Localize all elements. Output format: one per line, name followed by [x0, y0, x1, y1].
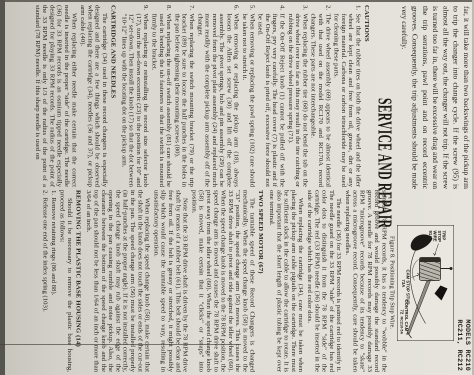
cartridge-paragraph-2: When replacing either needle make certai…	[34, 5, 78, 187]
cautions-item: 1. See that the rubber tires on both the…	[333, 5, 362, 187]
cautions-item: 2. The drive wheel assembly (69) appears…	[310, 5, 332, 187]
cartridge-cable-paragraph: When replacing the cartridge (34), care …	[268, 190, 304, 372]
figure-8-box: TRIP STOP WIRE 91A CAM STOP STUD 73A CON…	[397, 225, 454, 341]
two-speed-motor-heading: TWO SPEED MOTOR (67)	[258, 190, 266, 372]
cartridge-needles-heading: CARTRIDGE AND NEEDLES	[110, 5, 118, 187]
cautions-heading: CAUTIONS	[364, 5, 372, 187]
models-label: MODELS RC210 RC211, RC212	[455, 319, 471, 371]
cautions-item: 3. When replacing the rubber tire (68) d…	[287, 5, 309, 187]
svg-text:WIRE: WIRE	[433, 231, 438, 242]
drum-end-cap	[420, 258, 441, 263]
item-number: 5.	[241, 5, 256, 14]
svg-text:72: 72	[400, 310, 405, 315]
item-text: When replacing the switch mounting brack…	[174, 14, 196, 188]
step-text: Remove retaining rings (86 and 88).	[50, 198, 57, 373]
item-number: 3.	[287, 5, 309, 14]
item-text: See that the rubber tires on both the dr…	[333, 14, 362, 188]
item-text: If the On-Off Reject knob (1) cannot be …	[257, 14, 286, 188]
item-text: When removing or replacing the pawl spri…	[241, 14, 256, 188]
item-number: 1.	[333, 5, 362, 14]
models-line-2: RC211, RC212	[455, 319, 463, 371]
pivot-pin-ball	[450, 267, 453, 270]
item-number: 7.	[174, 5, 196, 14]
cartridge-paragraph-1: The cartridge (34) used in these record …	[79, 5, 108, 187]
cautions-item: 5. When removing or replacing the pawl s…	[241, 5, 256, 187]
item-text: When replacing the rubber tire (68) do n…	[287, 14, 309, 188]
lever-flag	[435, 286, 448, 301]
control-cam-label: CONTROL CAM	[404, 300, 409, 332]
cautions-item: 4. If the On-Off Reject knob (1) cannot …	[257, 5, 286, 187]
item-text: When replacing or reinstalling the recor…	[121, 14, 150, 188]
cautions-item: 6. When removing or replacing the pickup…	[196, 5, 240, 187]
item-number: 2.	[310, 5, 332, 14]
scanned-manual-page: far, it will take more than two backswin…	[0, 0, 474, 375]
trip-stop-wire-illustration: TRIP STOP WIRE 91A CAM STOP STUD 73A CON…	[399, 226, 454, 340]
step-number: 2.	[42, 190, 49, 198]
item-number: 6.	[196, 5, 240, 14]
cautions-item: 9. When replacing or reinstalling the re…	[121, 5, 150, 187]
needle-continuation-paragraph: standard 78 RPM records, it has a tenden…	[344, 190, 388, 372]
wire-loop	[412, 260, 418, 281]
item-text: When replacing the on-off switch assembl…	[151, 14, 173, 188]
scan-edge-top	[0, 0, 474, 2]
left-column: CAUTIONS 1. See that the rubber tires on…	[33, 5, 371, 187]
svg-text:73A: 73A	[401, 280, 406, 288]
models-line-1: MODELS RC210	[463, 319, 471, 371]
item-number: 4.	[257, 5, 286, 14]
item-text: When removing or replacing the pickup ar…	[196, 14, 240, 188]
item-text: The drive wheel assembly (69) appears to…	[310, 14, 332, 188]
cautions-item: 7. When replacing the switch mounting br…	[174, 5, 196, 187]
figure-caption: Figure 8. Positioning Trip Stop Wire.	[389, 216, 397, 349]
document-page: far, it will take more than two backswin…	[0, 0, 474, 375]
svg-text:STOP: STOP	[437, 231, 442, 243]
step-text: Release one end of the index spring (103…	[42, 198, 49, 373]
scan-crease-line	[0, 344, 241, 345]
svg-text:91A: 91A	[428, 231, 433, 239]
trip-label-arrow	[434, 244, 439, 256]
step-number: 1.	[50, 190, 57, 198]
intro-continuation-paragraph: far, it will take more than two backswin…	[399, 6, 471, 189]
scan-edge-left	[0, 0, 5, 375]
cautions-item: 8. When replacing the on-off switch asse…	[151, 5, 173, 187]
figure-id-label: RC210-5A	[400, 317, 404, 335]
needle-color-paragraph: The needle (36) for 33 RPM records is pa…	[306, 190, 342, 372]
trip-stop-wire-label: TRIP	[442, 231, 447, 241]
item-number: 9.	[121, 5, 150, 14]
item-number: 8.	[151, 5, 173, 14]
